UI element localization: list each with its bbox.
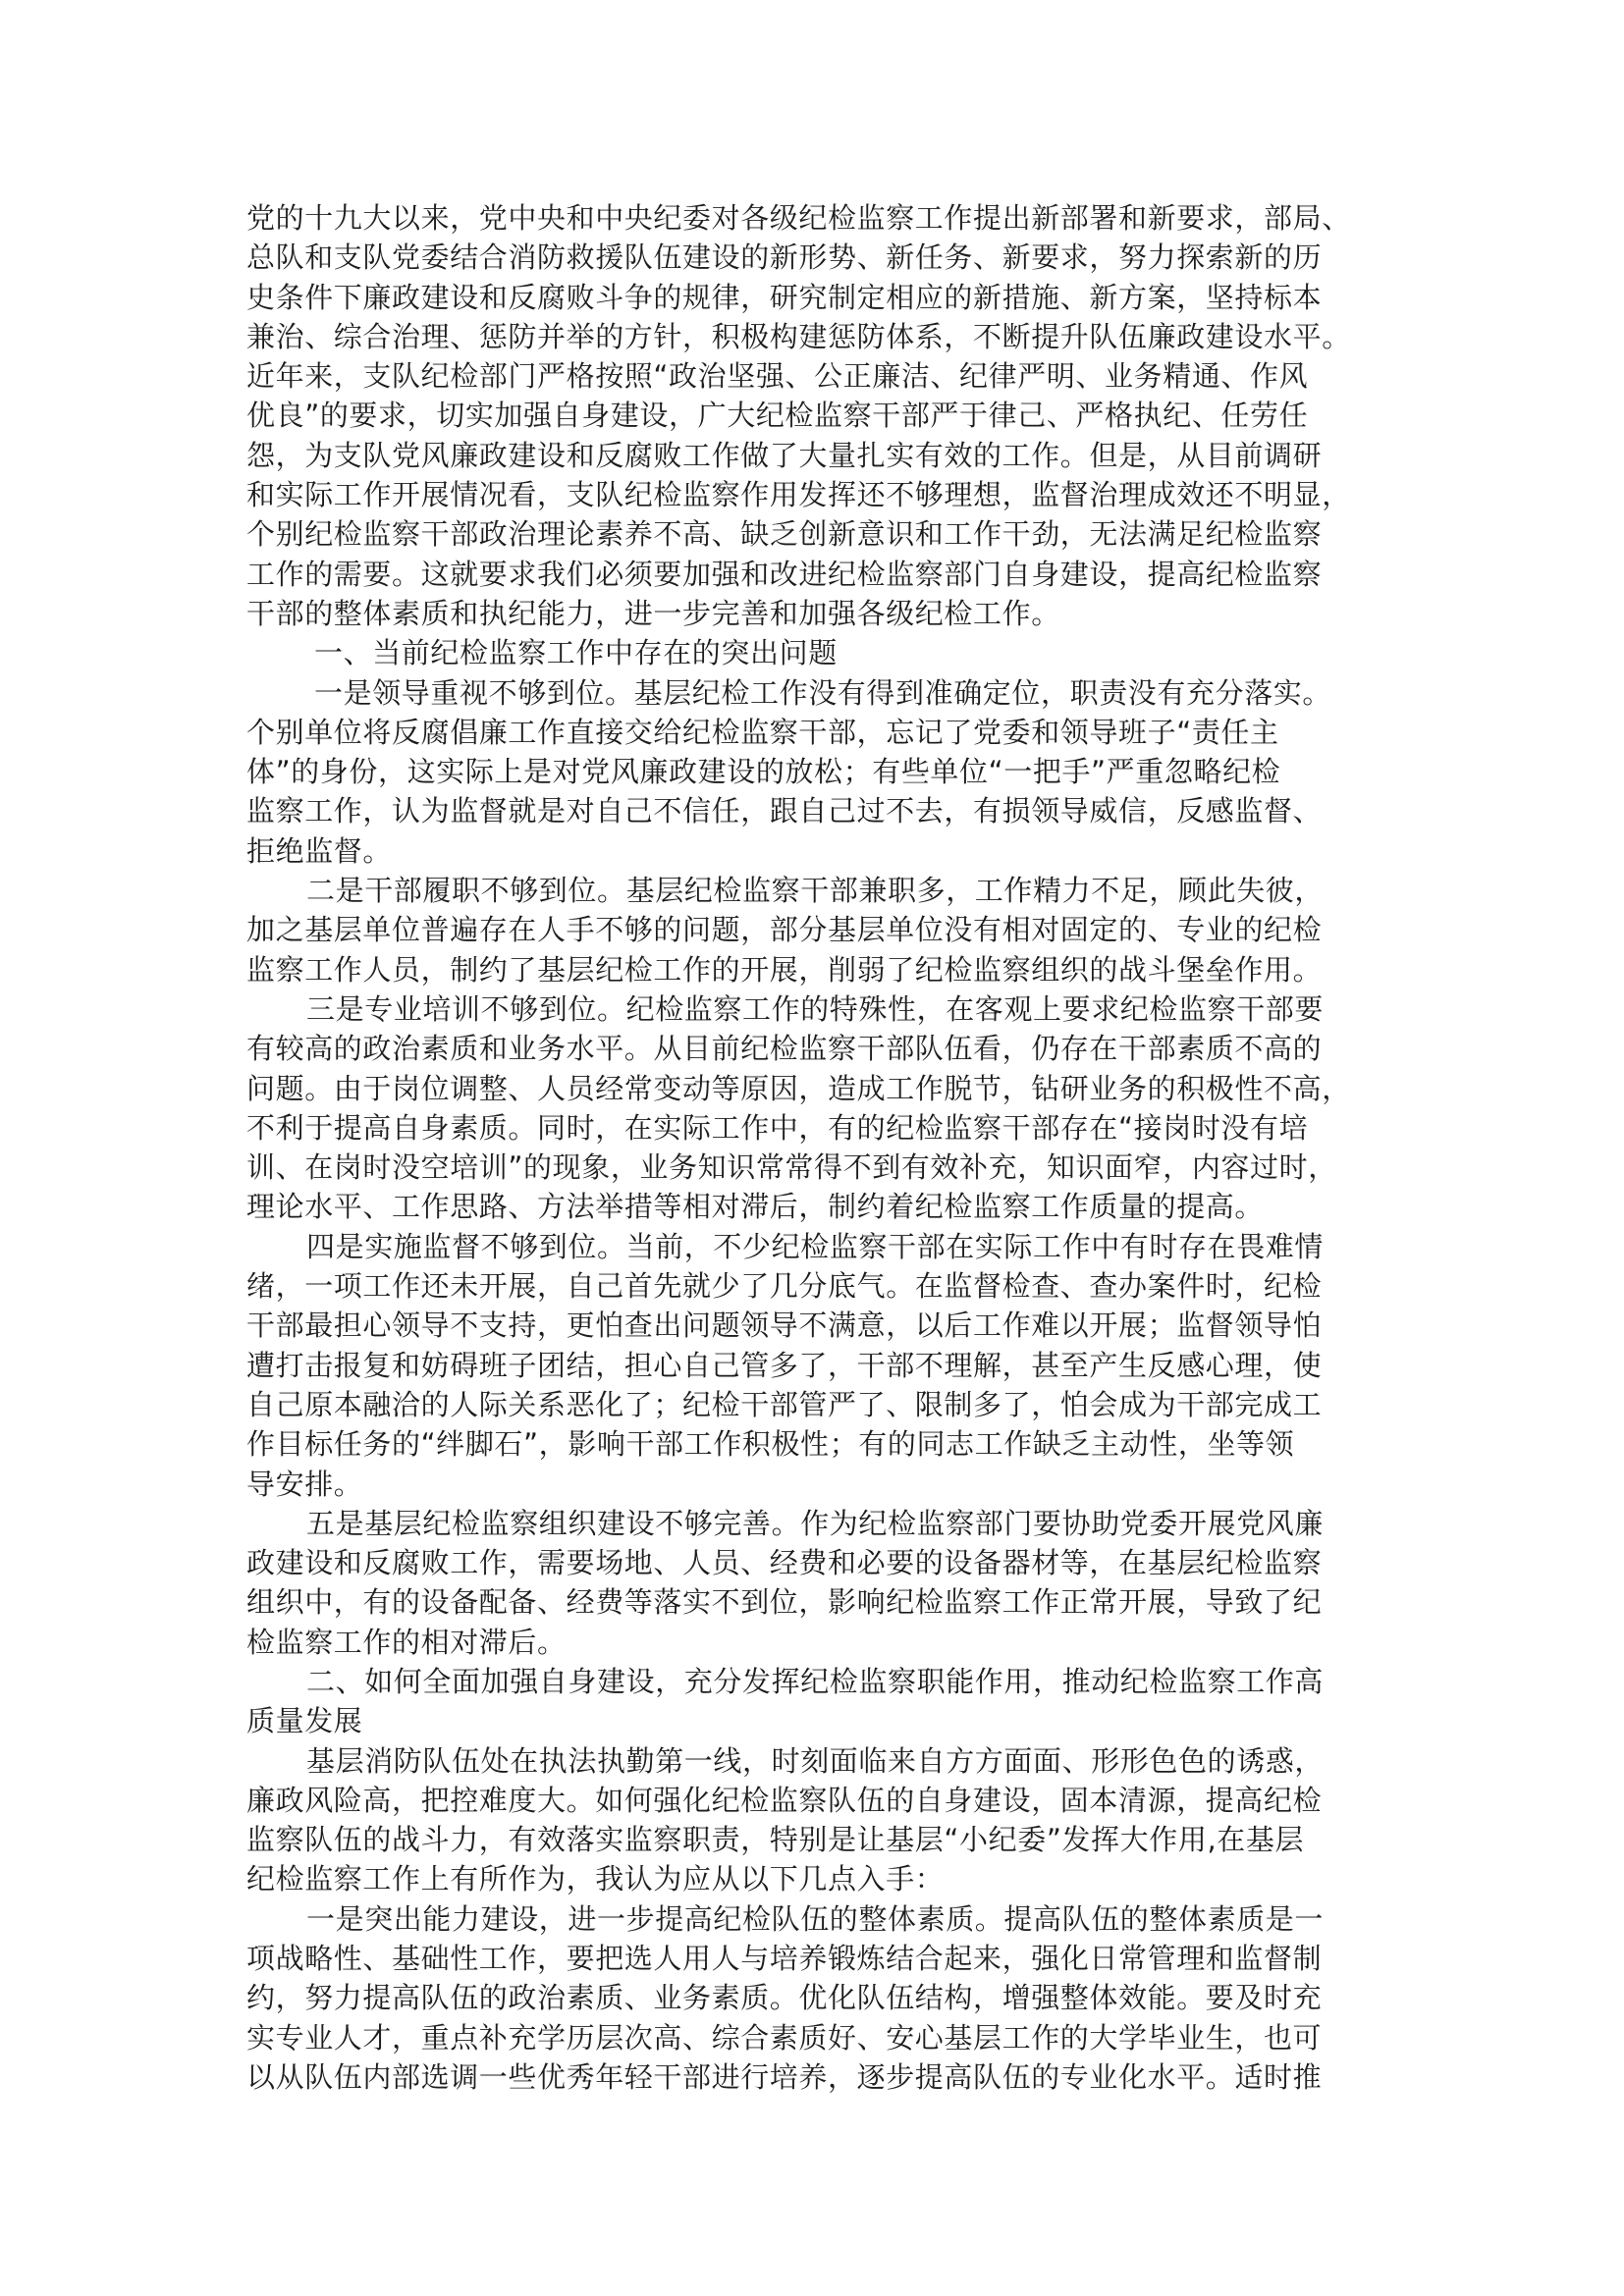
- text-line: 自己原本融洽的人际关系恶化了；纪检干部管严了、限制多了，怕会成为干部完成工: [246, 1385, 1376, 1424]
- problem-paragraph-4: 四是实施监督不够到位。当前，不少纪检监察干部在实际工作中有时存在畏难情 绪，一项…: [246, 1227, 1376, 1504]
- text-line: 检监察工作的相对滞后。: [246, 1623, 1376, 1662]
- text-line: 干部的整体素质和执纪能力，进一步完善和加强各级纪检工作。: [246, 594, 1376, 633]
- text-line: 约，努力提高队伍的政治素质、业务素质。优化队伍结构，增强整体效能。要及时充: [246, 1978, 1376, 2017]
- text-line: 干部最担心领导不支持，更怕查出问题领导不满意，以后工作难以开展；监督领导怕: [246, 1306, 1376, 1345]
- text-line: 组织中，有的设备配备、经费等落实不到位，影响纪检监察工作正常开展，导致了纪: [246, 1582, 1376, 1622]
- text-line: 近年来，支队纪检部门严格按照“政治坚强、公正廉洁、纪律严明、业务精通、作风: [246, 356, 1376, 396]
- problem-paragraph-2: 二是干部履职不够到位。基层纪检监察干部兼职多，工作精力不足，顾此失彼， 加之基层…: [246, 871, 1376, 989]
- solution-intro-paragraph: 基层消防队伍处在执法执勤第一线，时刻面临来自方方面面、形形色色的诱惑， 廉政风险…: [246, 1741, 1376, 1899]
- heading-line: 质量发展: [246, 1701, 1376, 1740]
- text-line: 加之基层单位普遍存在人手不够的问题，部分基层单位没有相对固定的、专业的纪检: [246, 910, 1376, 949]
- text-line: 项战略性、基础性工作，要把选人用人与培养锻炼结合起来，强化日常管理和监督制: [246, 1939, 1376, 1978]
- text-line: 政建设和反腐败工作，需要场地、人员、经费和必要的设备器材等，在基层纪检监察: [246, 1543, 1376, 1582]
- text-line: 监察队伍的战斗力，有效落实监察职责，特别是让基层“小纪委”发挥大作用,在基层: [246, 1820, 1376, 1859]
- text-line: 怨，为支队党风廉政建设和反腐败工作做了大量扎实有效的工作。但是，从目前调研: [246, 436, 1376, 475]
- text-line: 二是干部履职不够到位。基层纪检监察干部兼职多，工作精力不足，顾此失彼，: [246, 871, 1376, 910]
- text-line: 导安排。: [246, 1465, 1376, 1504]
- problem-paragraph-3: 三是专业培训不够到位。纪检监察工作的特殊性，在客观上要求纪检监察干部要 有较高的…: [246, 989, 1376, 1227]
- text-line: 监察工作人员，制约了基层纪检工作的开展，削弱了纪检监察组织的战斗堡垒作用。: [246, 950, 1376, 989]
- text-line: 以从队伍内部选调一些优秀年轻干部进行培养，逐步提高队伍的专业化水平。适时推: [246, 2057, 1376, 2097]
- text-line: 理论水平、工作思路、方法举措等相对滞后，制约着纪检监察工作质量的提高。: [246, 1187, 1376, 1226]
- problem-paragraph-5: 五是基层纪检监察组织建设不够完善。作为纪检监察部门要协助党委开展党风廉 政建设和…: [246, 1504, 1376, 1662]
- section-heading-2: 二、如何全面加强自身建设，充分发挥纪检监察职能作用，推动纪检监察工作高 质量发展: [246, 1662, 1376, 1741]
- text-line: 不利于提高自身素质。同时，在实际工作中，有的纪检监察干部存在“接岗时没有培: [246, 1108, 1376, 1148]
- text-line: 基层消防队伍处在执法执勤第一线，时刻面临来自方方面面、形形色色的诱惑，: [246, 1741, 1376, 1781]
- text-line: 遭打击报复和妨碍班子团结，担心自己管多了，干部不理解，甚至产生反感心理，使: [246, 1346, 1376, 1385]
- text-line: 个别纪检监察干部政治理论素养不高、缺乏创新意识和工作干劲，无法满足纪检监察: [246, 514, 1376, 554]
- text-line: 体”的身份，这实际上是对党风廉政建设的放松；有些单位“一把手”严重忽略纪检: [246, 752, 1376, 791]
- text-line: 问题。由于岗位调整、人员经常变动等原因，造成工作脱节，钻研业务的积极性不高，: [246, 1069, 1376, 1108]
- text-line: 训、在岗时没空培训”的现象，业务知识常常得不到有效补充，知识面窄，内容过时，: [246, 1148, 1376, 1187]
- heading-line: 一、当前纪检监察工作中存在的突出问题: [246, 633, 1376, 672]
- text-line: 个别单位将反腐倡廉工作直接交给纪检监察干部，忘记了党委和领导班子“责任主: [246, 713, 1376, 752]
- solution-paragraph-1: 一是突出能力建设，进一步提高纪检队伍的整体素质。提高队伍的整体素质是一 项战略性…: [246, 1899, 1376, 2097]
- text-line: 绪，一项工作还未开展，自己首先就少了几分底气。在监督检查、查办案件时，纪检: [246, 1266, 1376, 1306]
- section-heading-1: 一、当前纪检监察工作中存在的突出问题: [246, 633, 1376, 672]
- text-line: 实专业人才，重点补充学历层次高、综合素质好、安心基层工作的大学毕业生，也可: [246, 2018, 1376, 2057]
- text-line: 一是领导重视不够到位。基层纪检工作没有得到准确定位，职责没有充分落实。: [246, 673, 1376, 713]
- text-line: 拒绝监督。: [246, 831, 1376, 871]
- text-line: 三是专业培训不够到位。纪检监察工作的特殊性，在客观上要求纪检监察干部要: [246, 989, 1376, 1029]
- text-line: 有较高的政治素质和业务水平。从目前纪检监察干部队伍看，仍存在干部素质不高的: [246, 1029, 1376, 1068]
- text-line: 总队和支队党委结合消防救援队伍建设的新形势、新任务、新要求，努力探索新的历: [246, 238, 1376, 277]
- text-line: 史条件下廉政建设和反腐败斗争的规律，研究制定相应的新措施、新方案，坚持标本: [246, 278, 1376, 317]
- heading-line: 二、如何全面加强自身建设，充分发挥纪检监察职能作用，推动纪检监察工作高: [246, 1662, 1376, 1701]
- text-line: 纪检监察工作上有所作为，我认为应从以下几点入手：: [246, 1859, 1376, 1898]
- text-line: 作目标任务的“绊脚石”，影响干部工作积极性；有的同志工作缺乏主动性，坐等领: [246, 1424, 1376, 1464]
- intro-paragraph: 党的十九大以来，党中央和中央纪委对各级纪检监察工作提出新部署和新要求，部局、 总…: [246, 198, 1376, 633]
- text-line: 优良”的要求，切实加强自身建设，广大纪检监察干部严于律己、严格执纪、任劳任: [246, 396, 1376, 435]
- text-line: 党的十九大以来，党中央和中央纪委对各级纪检监察工作提出新部署和新要求，部局、: [246, 198, 1376, 238]
- text-line: 和实际工作开展情况看，支队纪检监察作用发挥还不够理想，监督治理成效还不明显，: [246, 475, 1376, 514]
- text-line: 廉政风险高，把控难度大。如何强化纪检监察队伍的自身建设，固本清源，提高纪检: [246, 1781, 1376, 1820]
- text-line: 兼治、综合治理、惩防并举的方针，积极构建惩防体系，不断提升队伍廉政建设水平。: [246, 317, 1376, 356]
- document-page: 党的十九大以来，党中央和中央纪委对各级纪检监察工作提出新部署和新要求，部局、 总…: [246, 198, 1376, 2097]
- text-line: 五是基层纪检监察组织建设不够完善。作为纪检监察部门要协助党委开展党风廉: [246, 1504, 1376, 1543]
- text-line: 工作的需要。这就要求我们必须要加强和改进纪检监察部门自身建设，提高纪检监察: [246, 555, 1376, 594]
- text-line: 监察工作，认为监督就是对自己不信任，跟自己过不去，有损领导威信，反感监督、: [246, 791, 1376, 830]
- text-line: 一是突出能力建设，进一步提高纪检队伍的整体素质。提高队伍的整体素质是一: [246, 1899, 1376, 1939]
- problem-paragraph-1: 一是领导重视不够到位。基层纪检工作没有得到准确定位，职责没有充分落实。 个别单位…: [246, 673, 1376, 871]
- text-line: 四是实施监督不够到位。当前，不少纪检监察干部在实际工作中有时存在畏难情: [246, 1227, 1376, 1266]
